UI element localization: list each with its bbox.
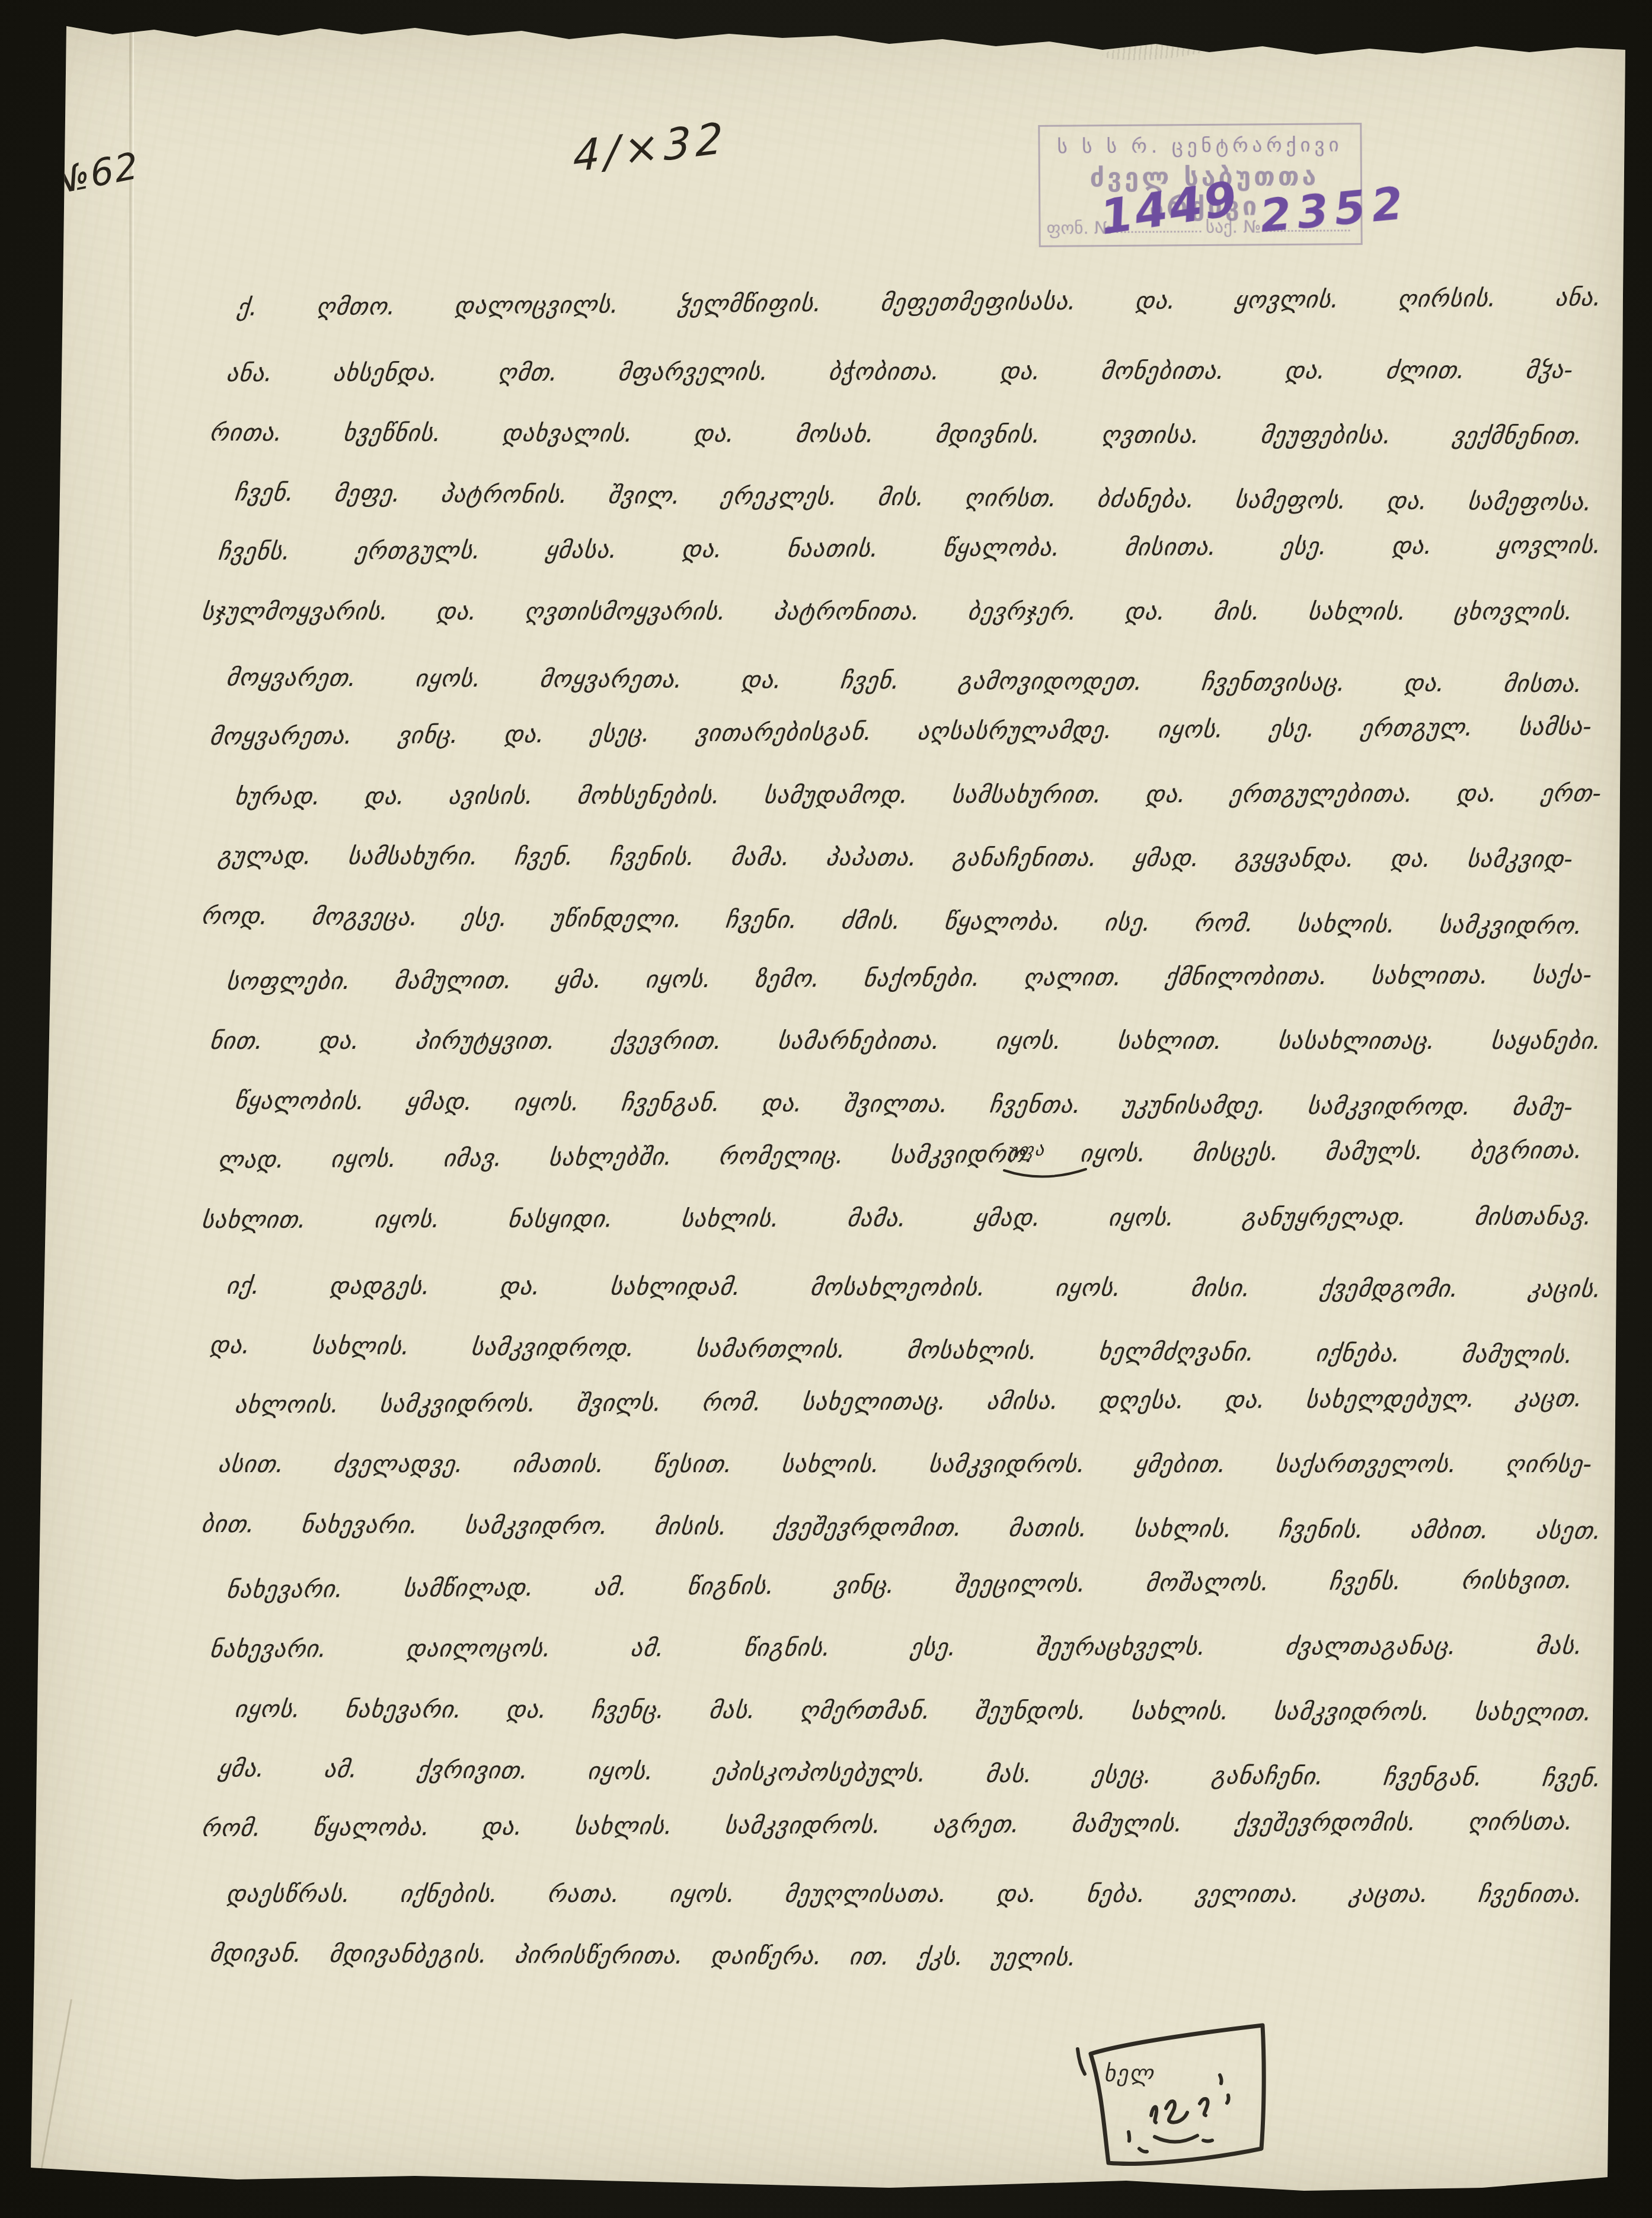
manuscript-word: ქ. (236, 294, 260, 321)
manuscript-word: სჯულმოყვარის. (200, 598, 390, 625)
manuscript-word: ღირსე- (1504, 1451, 1593, 1478)
manuscript-word: და. (1455, 780, 1498, 808)
manuscript-word: კაცის. (1527, 1275, 1603, 1303)
manuscript-word: იმათის. (511, 1451, 606, 1478)
manuscript-paper: №62 4/×32 ს ს ს რ. ცენტრარქივი ძველ საბუ… (0, 0, 1652, 2218)
manuscript-word: ღმთ. (497, 359, 560, 386)
manuscript-word: სამსახურით. (950, 781, 1103, 809)
manuscript-word: ჩვენის. (1277, 1516, 1366, 1544)
manuscript-line: იქ.დადგეს.და.სახლიდამ.მოსახლეობის.იყოს.მ… (225, 1272, 1603, 1303)
manuscript-word: ამ. (630, 1635, 666, 1662)
manuscript-word: ბევრჯერ. (966, 598, 1078, 625)
manuscript-word: ქვემდგომი. (1318, 1275, 1460, 1303)
manuscript-word: ყმად. (405, 1088, 474, 1116)
manuscript-word: ჩვენ. (1541, 1765, 1603, 1793)
manuscript-word: ნება. (1085, 1881, 1148, 1908)
manuscript-word: სახლის. (573, 1812, 675, 1840)
manuscript-word: სამართლის. (694, 1335, 847, 1364)
manuscript-line: ყმა.ამ.ქვრივით.იყოს.ეპისკოპოსებულს.მას.ე… (216, 1755, 1603, 1792)
manuscript-word: მოყვარეთ. (225, 664, 358, 692)
manuscript-word: ყმა. (554, 966, 603, 993)
manuscript-word: იქ. (225, 1272, 262, 1300)
manuscript-word: ესე. (460, 904, 509, 932)
manuscript-word: და. (1391, 532, 1434, 560)
manuscript-word: და. (1144, 781, 1187, 808)
manuscript-word: ნაქონები. (862, 964, 982, 992)
manuscript-word: სახლიდამ. (609, 1273, 743, 1301)
manuscript-word: და. (1385, 487, 1429, 515)
manuscript-word: ესე. (909, 1634, 958, 1661)
interlinear-insertion: უფა (1007, 1138, 1046, 1161)
manuscript-word: და. (761, 1090, 804, 1117)
manuscript-word: ჩვენგან. (1382, 1764, 1484, 1792)
manuscript-word: ით. (848, 1943, 892, 1970)
manuscript-word: სახლის. (680, 1205, 781, 1233)
manuscript-word: და. (1123, 598, 1167, 625)
manuscript-word: და. (680, 536, 724, 563)
manuscript-word: ძმის. (839, 907, 902, 935)
manuscript-word: მდივნის. (934, 421, 1042, 448)
manuscript-word: სამკვიდროს. (378, 1390, 538, 1418)
manuscript-word: სასახლითაც. (1277, 1027, 1437, 1055)
manuscript-word: აღსასრულამდე. (916, 717, 1114, 745)
manuscript-word: რომ. (701, 1389, 763, 1416)
manuscript-line: ლად.იყოს.იმავ.სახლებში.რომელიც.სამკვიდრო… (217, 1137, 1584, 1174)
manuscript-word: დადგეს. (328, 1272, 432, 1300)
manuscript-word: ჩვენს. (1328, 1568, 1403, 1595)
manuscript-word: სოფლები. (225, 968, 353, 995)
manuscript-word: მამულს. (1324, 1138, 1426, 1166)
manuscript-word: გულად. (217, 842, 314, 870)
manuscript-word: სახლის. (1296, 911, 1397, 939)
manuscript-word: სამეფოსა. (1466, 488, 1594, 516)
manuscript-line: ქ.ღმთო.დალოცვილს.ჴელმწიფის.მეფეთმეფისასა… (236, 284, 1603, 321)
manuscript-line: რითა.ხვეწნის.დახვალის.და.მოსახ.მდივნის.ღ… (209, 419, 1584, 450)
manuscript-word: პაპათა. (825, 844, 918, 872)
manuscript-word: იყოს. (330, 1145, 398, 1173)
manuscript-word: იყოს. (668, 1881, 737, 1908)
manuscript-line: ნახევარი.სამწილად.ამ.წიგნის.ვინც.შეეცილო… (225, 1566, 1574, 1604)
manuscript-word: რითა. (209, 419, 285, 446)
manuscript-word: ქვეშევრდომის. (1233, 1809, 1418, 1837)
manuscript-word: იყოს. (1156, 716, 1225, 744)
manuscript-word: შეურაცხველს. (1034, 1633, 1207, 1661)
manuscript-word: სახლითა. (1370, 962, 1490, 990)
manuscript-word: ჩვენ. (839, 667, 901, 694)
manuscript-word: წყალობა. (312, 1814, 432, 1842)
manuscript-word: ღვთისა. (1100, 422, 1202, 449)
manuscript-word: სამკვიდროს. (1272, 1698, 1431, 1726)
manuscript-word: ჩვენთვისაც. (1200, 669, 1347, 697)
manuscript-line: მოყვარეთა.ვინც.და.ესეც.ვითარებისგან.აღსა… (209, 713, 1593, 751)
manuscript-word: ძვალთაგანაც. (1284, 1633, 1458, 1661)
manuscript-word: იქნება. (1314, 1340, 1402, 1368)
manuscript-word: სამკვიდროდ. (469, 1333, 636, 1362)
manuscript-word: ნახევარი. (300, 1511, 420, 1539)
manuscript-word: დაილოცოს. (405, 1635, 552, 1663)
manuscript-word: და. (481, 1813, 524, 1840)
manuscript-word: იყოს. (994, 1027, 1063, 1055)
manuscript-word: ესე. (1280, 533, 1329, 560)
manuscript-word: ღირსთა. (1467, 1808, 1575, 1836)
manuscript-word: სამარნებითა. (777, 1027, 942, 1055)
manuscript-word: საქართველოს. (1274, 1451, 1458, 1478)
manuscript-word: მონებითა. (1100, 357, 1226, 385)
manuscript-word: ყმებით. (1133, 1451, 1228, 1478)
manuscript-word: ახლოის. (234, 1391, 341, 1419)
manuscript-word: წესით. (652, 1451, 734, 1478)
manuscript-word: სამკვიდროს. (928, 1451, 1087, 1478)
manuscript-word: მას. (1535, 1633, 1584, 1660)
manuscript-word: ზემო. (753, 965, 822, 993)
manuscript-word: იყოს. (1107, 1204, 1176, 1231)
manuscript-word: იყოს. (586, 1758, 656, 1786)
manuscript-lines: ქ.ღმთო.დალოცვილს.ჴელმწიფის.მეფეთმეფისასა… (0, 0, 1652, 2218)
manuscript-word: და. (503, 721, 546, 749)
manuscript-word: იმავ. (442, 1145, 504, 1173)
manuscript-word: უწინდელი. (549, 905, 683, 933)
manuscript-word: ქვრივით. (416, 1757, 530, 1785)
manuscript-word: ისე. (1103, 909, 1153, 937)
manuscript-line: ბით.ნახევარი.სამკვიდრო.მისის.ქვეშევრდომი… (200, 1511, 1603, 1545)
manuscript-word: იყოს. (373, 1206, 442, 1233)
manuscript-word: განუყრელად. (1241, 1204, 1408, 1231)
manuscript-word: ანა. (225, 359, 274, 387)
manuscript-word: პირუტყვით. (414, 1027, 557, 1055)
manuscript-word: ვინც. (397, 722, 460, 749)
manuscript-word: ხვეწნის. (342, 420, 443, 447)
manuscript-word: ღმთო. (315, 293, 397, 321)
manuscript-word: წიგნის. (742, 1635, 832, 1662)
manuscript-line: ჩვენს.ერთგულს.ყმასა.და.ნაათის.წყალობა.მი… (217, 532, 1603, 566)
manuscript-word: მამულით. (393, 966, 514, 994)
manuscript-word: ამ. (322, 1756, 359, 1783)
manuscript-word: ჩვენი. (724, 906, 799, 934)
manuscript-word: ჩვენ. (513, 844, 575, 871)
manuscript-line: ნით.და.პირუტყვით.ქვევრით.სამარნებითა.იყო… (209, 1027, 1603, 1055)
manuscript-word: ნახევარი. (344, 1696, 464, 1723)
manuscript-word: ყოვლის. (1234, 286, 1341, 314)
manuscript-word: ქმნილობითა. (1164, 963, 1329, 991)
manuscript-word: რომ. (1193, 909, 1255, 937)
manuscript-word: განაჩენითა. (951, 844, 1099, 872)
manuscript-word: სახლის. (310, 1332, 411, 1360)
manuscript-word: სახელდებულ. (1305, 1386, 1477, 1413)
manuscript-word: იყოს. (414, 665, 483, 692)
manuscript-word: და. (740, 666, 784, 694)
manuscript-word: ვინც. (833, 1571, 896, 1599)
manuscript-word: უელის. (989, 1944, 1078, 1972)
manuscript-word: და. (999, 358, 1042, 385)
manuscript-word: მისი. (1189, 1275, 1252, 1302)
manuscript-line: ანა.ახსენდა.ღმთ.მფარველის.ბჭობითა.და.მონ… (225, 356, 1575, 387)
manuscript-word: ყმად. (1132, 845, 1201, 872)
manuscript-word: და. (499, 1273, 542, 1300)
manuscript-word: ველითა. (1194, 1881, 1301, 1908)
manuscript-word: სამუდამოდ. (762, 781, 910, 809)
manuscript-line: ჩვენ.მეფე.პატრონის.შვილ.ერეკლეს.მის.ღირს… (233, 479, 1593, 516)
manuscript-word: შვილს. (575, 1389, 663, 1417)
manuscript-word: სამკვიდ- (1466, 846, 1575, 873)
manuscript-word: და. (1284, 357, 1327, 384)
manuscript-word: სამეფოს. (1234, 486, 1349, 514)
manuscript-word: მოხსენების. (576, 782, 721, 810)
manuscript-word: სახლით. (200, 1207, 308, 1234)
manuscript-line: მოყვარეთ.იყოს.მოყვარეთა.და.ჩვენ.გამოვიდო… (225, 664, 1584, 698)
manuscript-word: შვილთა. (842, 1090, 950, 1118)
manuscript-word: მეუფებისა. (1259, 422, 1393, 450)
manuscript-word: როდ. (200, 902, 270, 930)
manuscript-word: რისხვით. (1460, 1566, 1574, 1594)
manuscript-word: ყმა. (216, 1755, 266, 1783)
manuscript-word: და. (1402, 669, 1446, 697)
manuscript-word: პირისწერითა. (513, 1942, 685, 1970)
manuscript-word: სახლის. (1129, 1697, 1231, 1725)
manuscript-word: მდივანბეგის. (328, 1941, 489, 1968)
manuscript-word: წყალობა. (942, 908, 1063, 936)
manuscript-word: სამკვიდრო. (1437, 911, 1584, 940)
manuscript-word: გვყვანდა. (1234, 845, 1356, 873)
manuscript-word: რომელიც. (717, 1142, 845, 1171)
manuscript-word: სამსახური. (346, 843, 480, 871)
manuscript-word: მამულის. (1460, 1341, 1574, 1369)
manuscript-word: და. (505, 1696, 549, 1724)
manuscript-word: ქკს. (916, 1943, 966, 1971)
manuscript-line: რომ.წყალობა.და.სახლის.სამკვიდროს.აგრეთ.მ… (200, 1808, 1575, 1842)
manuscript-word: ჩვენ. (233, 479, 296, 507)
manuscript-word: ბეგრითა. (1469, 1137, 1584, 1164)
manuscript-word: და. (1389, 845, 1433, 873)
manuscript-line: როდ.მოგვეცა.ესე.უწინდელი.ჩვენი.ძმის.წყალ… (200, 902, 1584, 940)
manuscript-word: იქნების. (399, 1881, 500, 1908)
insertion-caret-mark (1001, 1166, 1089, 1185)
manuscript-word: ღვთისმოყვარის. (523, 598, 727, 625)
manuscript-word: წიგნის. (686, 1572, 775, 1600)
manuscript-word: ასეთ. (1534, 1517, 1603, 1545)
manuscript-word: უკუნისამდე. (1121, 1092, 1268, 1119)
manuscript-word: სახლის. (1306, 598, 1408, 625)
manuscript-word: მამა. (846, 1205, 908, 1232)
manuscript-word: ბჭობითა. (827, 358, 941, 385)
manuscript-word: მოყვარეთა. (538, 665, 684, 693)
manuscript-word: პატრონის. (439, 480, 569, 509)
manuscript-word: დახვალის. (501, 420, 635, 448)
manuscript-word: იყოს. (1079, 1140, 1148, 1168)
manuscript-word: მამა. (730, 844, 792, 872)
manuscript-line: სჯულმოყვარის.და.ღვთისმოყვარის.პატრონითა.… (200, 598, 1575, 625)
manuscript-word: მის. (1212, 598, 1262, 625)
manuscript-word: და. (318, 1027, 362, 1055)
manuscript-word: სახლის. (1133, 1515, 1234, 1543)
manuscript-word: მეფეთმეფისასა. (879, 288, 1078, 317)
manuscript-word: იყოს. (234, 1696, 302, 1723)
manuscript-word: ჴელმწიფის. (676, 290, 823, 318)
manuscript-word: მისთა. (1502, 670, 1584, 698)
manuscript-line: სოფლები.მამულით.ყმა.იყოს.ზემო.ნაქონები.ღ… (225, 961, 1594, 995)
manuscript-word: მისის. (653, 1513, 729, 1541)
manuscript-word: ერთგულს. (354, 537, 483, 565)
manuscript-word: ქვევრით. (610, 1027, 724, 1055)
manuscript-word: სახელითაც. (801, 1388, 948, 1416)
manuscript-word: მეფე. (333, 480, 402, 508)
manuscript-word: სამკვიდროდ. (1306, 1093, 1472, 1121)
manuscript-word: ღირსის. (1397, 285, 1498, 312)
manuscript-word: ცხოვლის. (1453, 598, 1574, 625)
manuscript-line: მდივან.მდივანბეგის.პირისწერითა.დაიწერა.ი… (208, 1940, 1254, 1973)
manuscript-word: ხურად. (234, 783, 322, 810)
seal-scribbles (1129, 2075, 1229, 2152)
manuscript-word: სახელით. (1473, 1699, 1593, 1726)
manuscript-word: მისცეს. (1191, 1139, 1280, 1167)
manuscript-line: ასით.ძველადვე.იმათის.წესით.სახლის.სამკვი… (217, 1451, 1594, 1478)
manuscript-word: მდივან. (208, 1940, 303, 1968)
manuscript-word: სამკვიდროს. (723, 1811, 883, 1839)
manuscript-word: განაჩენი. (1210, 1763, 1325, 1791)
manuscript-word: პატრონითა. (772, 598, 922, 625)
manuscript-word: მეუღლისათა. (783, 1881, 948, 1908)
manuscript-word: ნახევარი. (209, 1636, 328, 1663)
manuscript-word: მამულის. (1070, 1810, 1184, 1838)
manuscript-word: ამ. (593, 1574, 629, 1601)
manuscript-word: მფარველის. (617, 358, 771, 386)
manuscript-word: იყოს. (644, 966, 713, 994)
manuscript-word: ჩვენთა. (988, 1091, 1083, 1119)
manuscript-word: იყოს. (1054, 1274, 1123, 1301)
manuscript-line: წყალობის.ყმად.იყოს.ჩვენგან.და.შვილთა.ჩვე… (233, 1087, 1574, 1121)
manuscript-word: ეპისკოპოსებულს. (711, 1759, 928, 1788)
manuscript-word: მოსახლეობის. (809, 1274, 988, 1301)
manuscript-word: ესეც. (1090, 1761, 1153, 1789)
manuscript-word: სამკვიდრო. (463, 1512, 610, 1540)
manuscript-word: დაიწერა. (710, 1942, 824, 1970)
manuscript-line: ახლოის.სამკვიდროს.შვილს.რომ.სახელითაც.ამ… (234, 1385, 1584, 1419)
manuscript-line: ხურად.და.ავისის.მოხსენების.სამუდამოდ.სამ… (234, 780, 1603, 810)
manuscript-word: ჩვენის. (608, 844, 696, 871)
manuscript-word: შეუნდოს. (973, 1697, 1088, 1725)
manuscript-word: მისთანავ. (1473, 1203, 1593, 1230)
manuscript-word: ასით. (217, 1451, 286, 1478)
manuscript-word: წყალობა. (942, 534, 1062, 562)
manuscript-word: მას. (984, 1761, 1034, 1789)
manuscript-word: აგრეთ. (932, 1811, 1021, 1839)
manuscript-word: ძლით. (1385, 356, 1467, 384)
manuscript-word: ჩვენს. (217, 538, 292, 566)
manuscript-word: ესე. (1268, 715, 1317, 743)
manuscript-word: ჩვენგან. (619, 1089, 722, 1117)
manuscript-word: ჩვენითა. (1477, 1881, 1584, 1908)
manuscript-word: ღირსთ. (963, 484, 1059, 512)
manuscript-word: ღალით. (1022, 963, 1123, 991)
manuscript-word: მოშალოს. (1145, 1569, 1271, 1597)
manuscript-word: ნასყიდი. (507, 1205, 615, 1233)
manuscript-line: დაესწრას.იქნების.რათა.იყოს.მეუღლისათა.და… (225, 1881, 1584, 1908)
manuscript-word: ავისის. (447, 783, 535, 810)
manuscript-word: ყოვლის. (1496, 532, 1603, 560)
manuscript-word: მოყვარეთა. (209, 722, 354, 751)
manuscript-word: ძველადვე. (332, 1451, 465, 1478)
manuscript-word: დალოცვილს. (453, 291, 621, 320)
manuscript-word: შვილ. (606, 481, 682, 509)
manuscript-word: კაცთ. (1514, 1385, 1584, 1413)
manuscript-word: წყალობის. (233, 1087, 366, 1115)
manuscript-word: და. (435, 598, 479, 625)
manuscript-word: მამუ- (1511, 1093, 1575, 1121)
manuscript-word: რომ. (200, 1814, 263, 1842)
manuscript-word: ერთ- (1539, 780, 1603, 807)
manuscript-word: მათის. (1007, 1515, 1089, 1543)
manuscript-line: ნახევარი.დაილოცოს.ამ.წიგნის.ესე.შეურაცხვ… (209, 1633, 1584, 1664)
manuscript-word: სახლებში. (548, 1144, 674, 1172)
seal-inscription: ხელ (1104, 2060, 1155, 2086)
manuscript-line: გულად.სამსახური.ჩვენ.ჩვენის.მამა.პაპათა.… (217, 842, 1575, 873)
manuscript-word: იყოს. (513, 1089, 582, 1116)
manuscript-word: ყმასა. (544, 537, 619, 564)
manuscript-word: და. (1134, 287, 1177, 315)
manuscript-word: მოგვეცა. (310, 903, 420, 931)
manuscript-word: რათა. (546, 1881, 621, 1908)
manuscript-word: გამოვიდოდეთ. (957, 668, 1144, 695)
manuscript-word: ბძანება. (1095, 485, 1196, 513)
seal-box-hook (1078, 2049, 1085, 2074)
manuscript-word: და. (692, 420, 736, 448)
manuscript-word: სახლით. (1116, 1027, 1224, 1055)
manuscript-word: საქა- (1530, 961, 1593, 989)
manuscript-word: დაესწრას. (225, 1881, 353, 1908)
manuscript-word: ხელმძღვანი. (1097, 1338, 1256, 1367)
manuscript-word: ერთგულ. (1359, 714, 1475, 742)
manuscript-line: სახლით.იყოს.ნასყიდი.სახლის.მამა.ყმად.იყო… (200, 1203, 1594, 1234)
manuscript-word: ერეკლეს. (719, 483, 839, 510)
manuscript-word: საყანები. (1490, 1027, 1603, 1055)
manuscript-word: ჩვენც. (590, 1696, 666, 1724)
manuscript-word: ერთგულებითა. (1228, 780, 1414, 808)
manuscript-word: ღმერთმან. (798, 1697, 932, 1725)
manuscript-word: ესეც. (589, 720, 652, 748)
manuscript-word: მოსახლის. (906, 1337, 1040, 1365)
manuscript-word: ანა. (1554, 284, 1603, 312)
manuscript-word: მის. (876, 484, 926, 512)
seal-box-drawing: ხელ (1044, 1999, 1293, 2189)
manuscript-word: ვექმნენით. (1451, 422, 1584, 450)
manuscript-word: კაცთა. (1347, 1881, 1430, 1908)
manuscript-word: სამწილად. (402, 1574, 535, 1603)
manuscript-word: მისითა. (1123, 534, 1218, 561)
manuscript-word: ნით. (209, 1027, 265, 1055)
manuscript-word: ამბით. (1409, 1517, 1491, 1544)
manuscript-line: იყოს.ნახევარი.და.ჩვენც.მას.ღმერთმან.შეუნ… (234, 1696, 1594, 1726)
manuscript-word: ახსენდა. (331, 359, 439, 387)
manuscript-word: და. (1223, 1386, 1267, 1413)
manuscript-word: ქვეშევრდომით. (772, 1514, 964, 1542)
manuscript-word: ამისა. (985, 1387, 1060, 1415)
manuscript-word: და. (208, 1332, 252, 1359)
manuscript-word: ვითარებისგან. (694, 719, 874, 747)
manuscript-word: მოსახ. (794, 421, 876, 448)
manuscript-word: დღესა. (1098, 1387, 1186, 1415)
manuscript-word: ნაათის. (785, 535, 880, 563)
manuscript-word: და. (363, 783, 406, 810)
manuscript-word: მჴა- (1524, 356, 1574, 384)
manuscript-word: ნახევარი. (225, 1575, 345, 1603)
manuscript-word: სამსა- (1517, 713, 1593, 741)
manuscript-line: და.სახლის.სამკვიდროდ.სამართლის.მოსახლის.… (208, 1332, 1574, 1369)
manuscript-word: ბით. (200, 1511, 256, 1538)
manuscript-word: სახლის. (780, 1451, 881, 1478)
manuscript-word: შეეცილოს. (953, 1570, 1087, 1598)
manuscript-word: და. (995, 1881, 1039, 1908)
scanned-photo: №62 4/×32 ს ს ს რ. ცენტრარქივი ძველ საბუ… (0, 0, 1652, 2218)
manuscript-word: ლად. (217, 1147, 286, 1175)
